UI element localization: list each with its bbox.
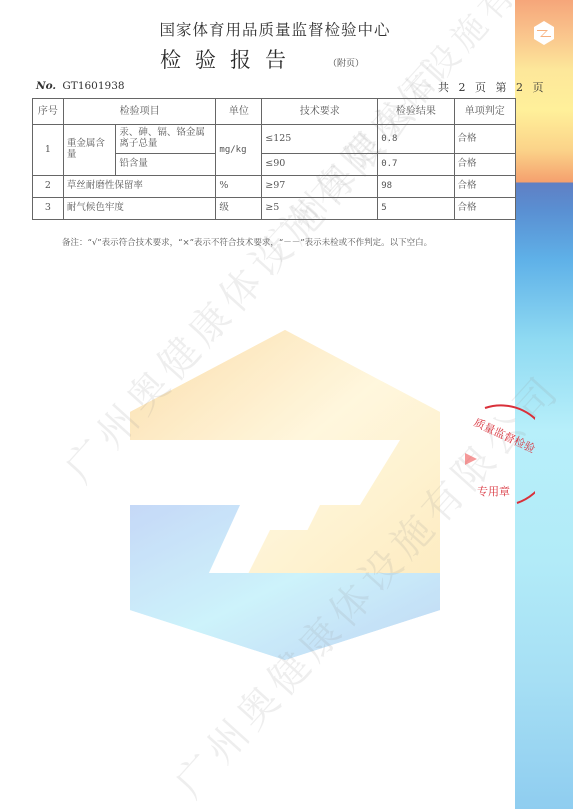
row-no: 1	[33, 125, 64, 176]
row-unit: %	[216, 176, 262, 198]
row-no: 2	[33, 176, 64, 198]
row-item: 耐气候色牢度	[63, 198, 216, 220]
table-row: 3 耐气候色牢度 级 ≥5 5 合格	[33, 198, 516, 220]
page-indicator: 共 2 页 第 2 页	[438, 79, 546, 95]
row-unit: 级	[216, 198, 262, 220]
row-judgement: 合格	[454, 198, 515, 220]
header-unit: 单位	[216, 99, 262, 125]
row-judgement: 合格	[454, 176, 515, 198]
emblem-logo-icon	[130, 330, 440, 660]
header-judgement: 单项判定	[454, 99, 515, 125]
row-item: 重金属含量	[63, 125, 116, 176]
report-title: 检验报告	[160, 44, 300, 74]
remark-note: 备注：“√”表示符合技术要求，“×”表示不符合技术要求，“－－”表示未检或不作判…	[62, 236, 432, 248]
report-page: 广州奥健康体设施有限公司 广州奥健康体设施有限公司 广州奥健康体设施有限公司 国…	[0, 0, 588, 809]
row-requirement: ≤125	[262, 125, 378, 154]
svg-text:专用章: 专用章	[477, 484, 510, 498]
row-sub-item: 铅含量	[116, 154, 216, 176]
row-result: 0.8	[378, 125, 454, 154]
svg-text:质量监督检验中心: 质量监督检验中心	[472, 415, 535, 465]
official-seal-icon: 质量监督检验中心 专用章	[455, 403, 535, 513]
row-judgement: 合格	[454, 125, 515, 154]
report-number: No. GT1601938	[36, 80, 125, 92]
row-no: 3	[33, 198, 64, 220]
organization-name: 国家体育用品质量监督检验中心	[0, 18, 550, 40]
header-no: 序号	[33, 99, 64, 125]
row-unit: mg/kg	[216, 125, 262, 176]
table-header-row: 序号 检验项目 单位 技术要求 检验结果 单项判定	[33, 99, 516, 125]
header-requirement: 技术要求	[262, 99, 378, 125]
row-result: 98	[378, 176, 454, 198]
row-requirement: ≥97	[262, 176, 378, 198]
results-table: 序号 检验项目 单位 技术要求 检验结果 单项判定 1 重金属含量 汞、砷、镉、…	[32, 98, 516, 220]
report-number-label: No.	[36, 80, 56, 92]
row-requirement: ≥5	[262, 198, 378, 220]
header-item: 检验项目	[63, 99, 216, 125]
row-judgement: 合格	[454, 154, 515, 176]
report-number-value: GT1601938	[62, 80, 124, 92]
header-result: 检验结果	[378, 99, 454, 125]
row-sub-item: 汞、砷、镉、铬金属离子总量	[116, 125, 216, 154]
report-title-suffix: （附页）	[328, 56, 364, 69]
row-requirement: ≤90	[262, 154, 378, 176]
table-row: 1 重金属含量 汞、砷、镉、铬金属离子总量 mg/kg ≤125 0.8 合格	[33, 125, 516, 154]
row-result: 0.7	[378, 154, 454, 176]
row-result: 5	[378, 198, 454, 220]
table-row: 2 草丝耐磨性保留率 % ≥97 98 合格	[33, 176, 516, 198]
row-item: 草丝耐磨性保留率	[63, 176, 216, 198]
